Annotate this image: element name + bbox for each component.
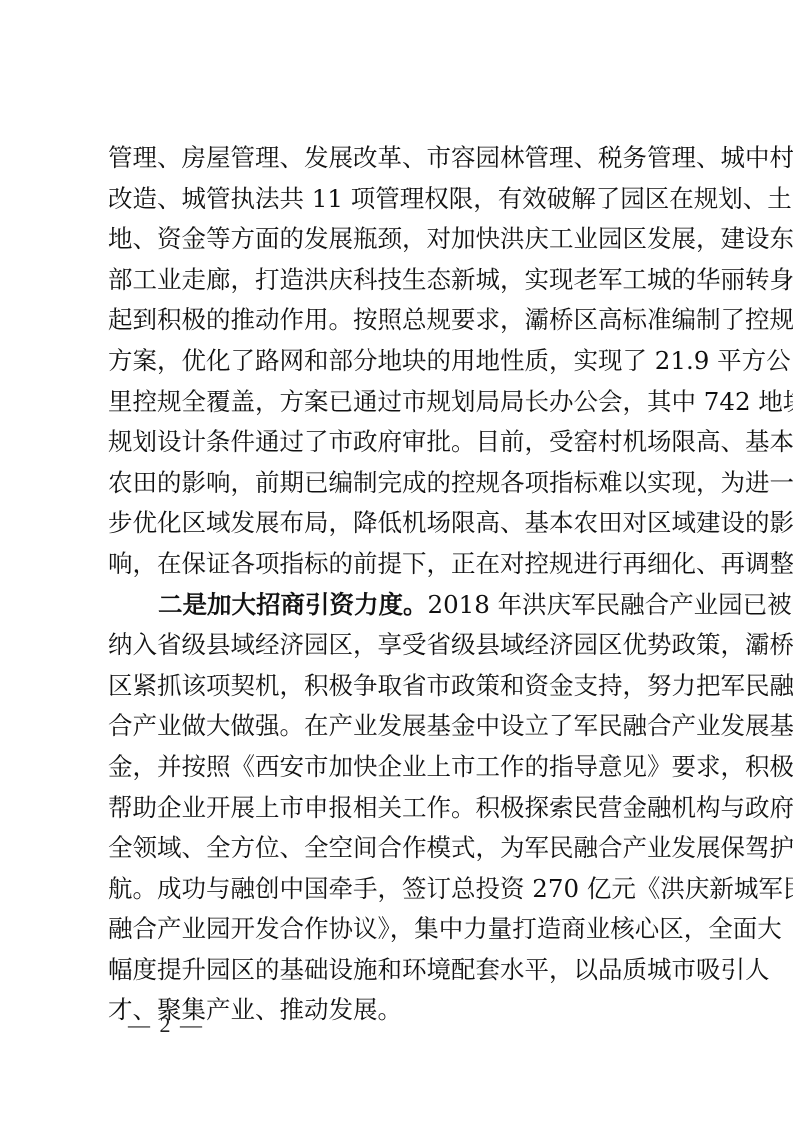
- text-line: 响，在保证各项指标的前提下，正在对控规进行再细化、再调整。: [108, 544, 692, 585]
- text-line: 规划设计条件通过了市政府审批。目前，受窑村机场限高、基本: [108, 422, 692, 463]
- text-line: 金，并按照《西安市加快企业上市工作的指导意见》要求，积极: [108, 747, 692, 788]
- text-line: 融合产业园开发合作协议》，集中力量打造商业核心区，全面大: [108, 909, 692, 950]
- text-line: 帮助企业开展上市申报相关工作。积极探索民营金融机构与政府: [108, 788, 692, 829]
- text-line: 起到积极的推动作用。按照总规要求，灞桥区高标准编制了控规: [108, 300, 692, 341]
- section-heading-line: 二是加大招商引资力度。2018 年洪庆军民融合产业园已被: [108, 585, 692, 626]
- text-line: 改造、城管执法共 11 项管理权限，有效破解了园区在规划、土: [108, 179, 692, 220]
- document-page: 管理、房屋管理、发展改革、市容园林管理、税务管理、城中村 改造、城管执法共 11…: [0, 0, 793, 1122]
- text-line: 步优化区域发展布局，降低机场限高、基本农田对区域建设的影: [108, 503, 692, 544]
- text-line: 幅度提升园区的基础设施和环境配套水平，以品质城市吸引人: [108, 950, 692, 991]
- text-line: 农田的影响，前期已编制完成的控规各项指标难以实现，为进一: [108, 463, 692, 504]
- text-line: 区紧抓该项契机，积极争取省市政策和资金支持，努力把军民融: [108, 666, 692, 707]
- text-line: 合产业做大做强。在产业发展基金中设立了军民融合产业发展基: [108, 706, 692, 747]
- text-line: 纳入省级县域经济园区，享受省级县域经济园区优势政策，灞桥: [108, 625, 692, 666]
- text-line: 全领域、全方位、全空间合作模式，为军民融合产业发展保驾护: [108, 828, 692, 869]
- section-first-line-text: 2018 年洪庆军民融合产业园已被: [428, 590, 792, 619]
- text-line: 地、资金等方面的发展瓶颈，对加快洪庆工业园区发展，建设东: [108, 219, 692, 260]
- text-line: 里控规全覆盖，方案已通过市规划局局长办公会，其中 742 地块: [108, 382, 692, 423]
- text-line: 部工业走廊，打造洪庆科技生态新城，实现老军工城的华丽转身: [108, 260, 692, 301]
- text-line: 管理、房屋管理、发展改革、市容园林管理、税务管理、城中村: [108, 138, 692, 179]
- page-number: — 2 —: [128, 1012, 204, 1038]
- text-line: 方案，优化了路网和部分地块的用地性质，实现了 21.9 平方公: [108, 341, 692, 382]
- body-text: 管理、房屋管理、发展改革、市容园林管理、税务管理、城中村 改造、城管执法共 11…: [108, 138, 692, 1031]
- section-heading: 二是加大招商引资力度。: [158, 590, 428, 619]
- text-line: 航。成功与融创中国牵手，签订总投资 270 亿元《洪庆新城军民: [108, 869, 692, 910]
